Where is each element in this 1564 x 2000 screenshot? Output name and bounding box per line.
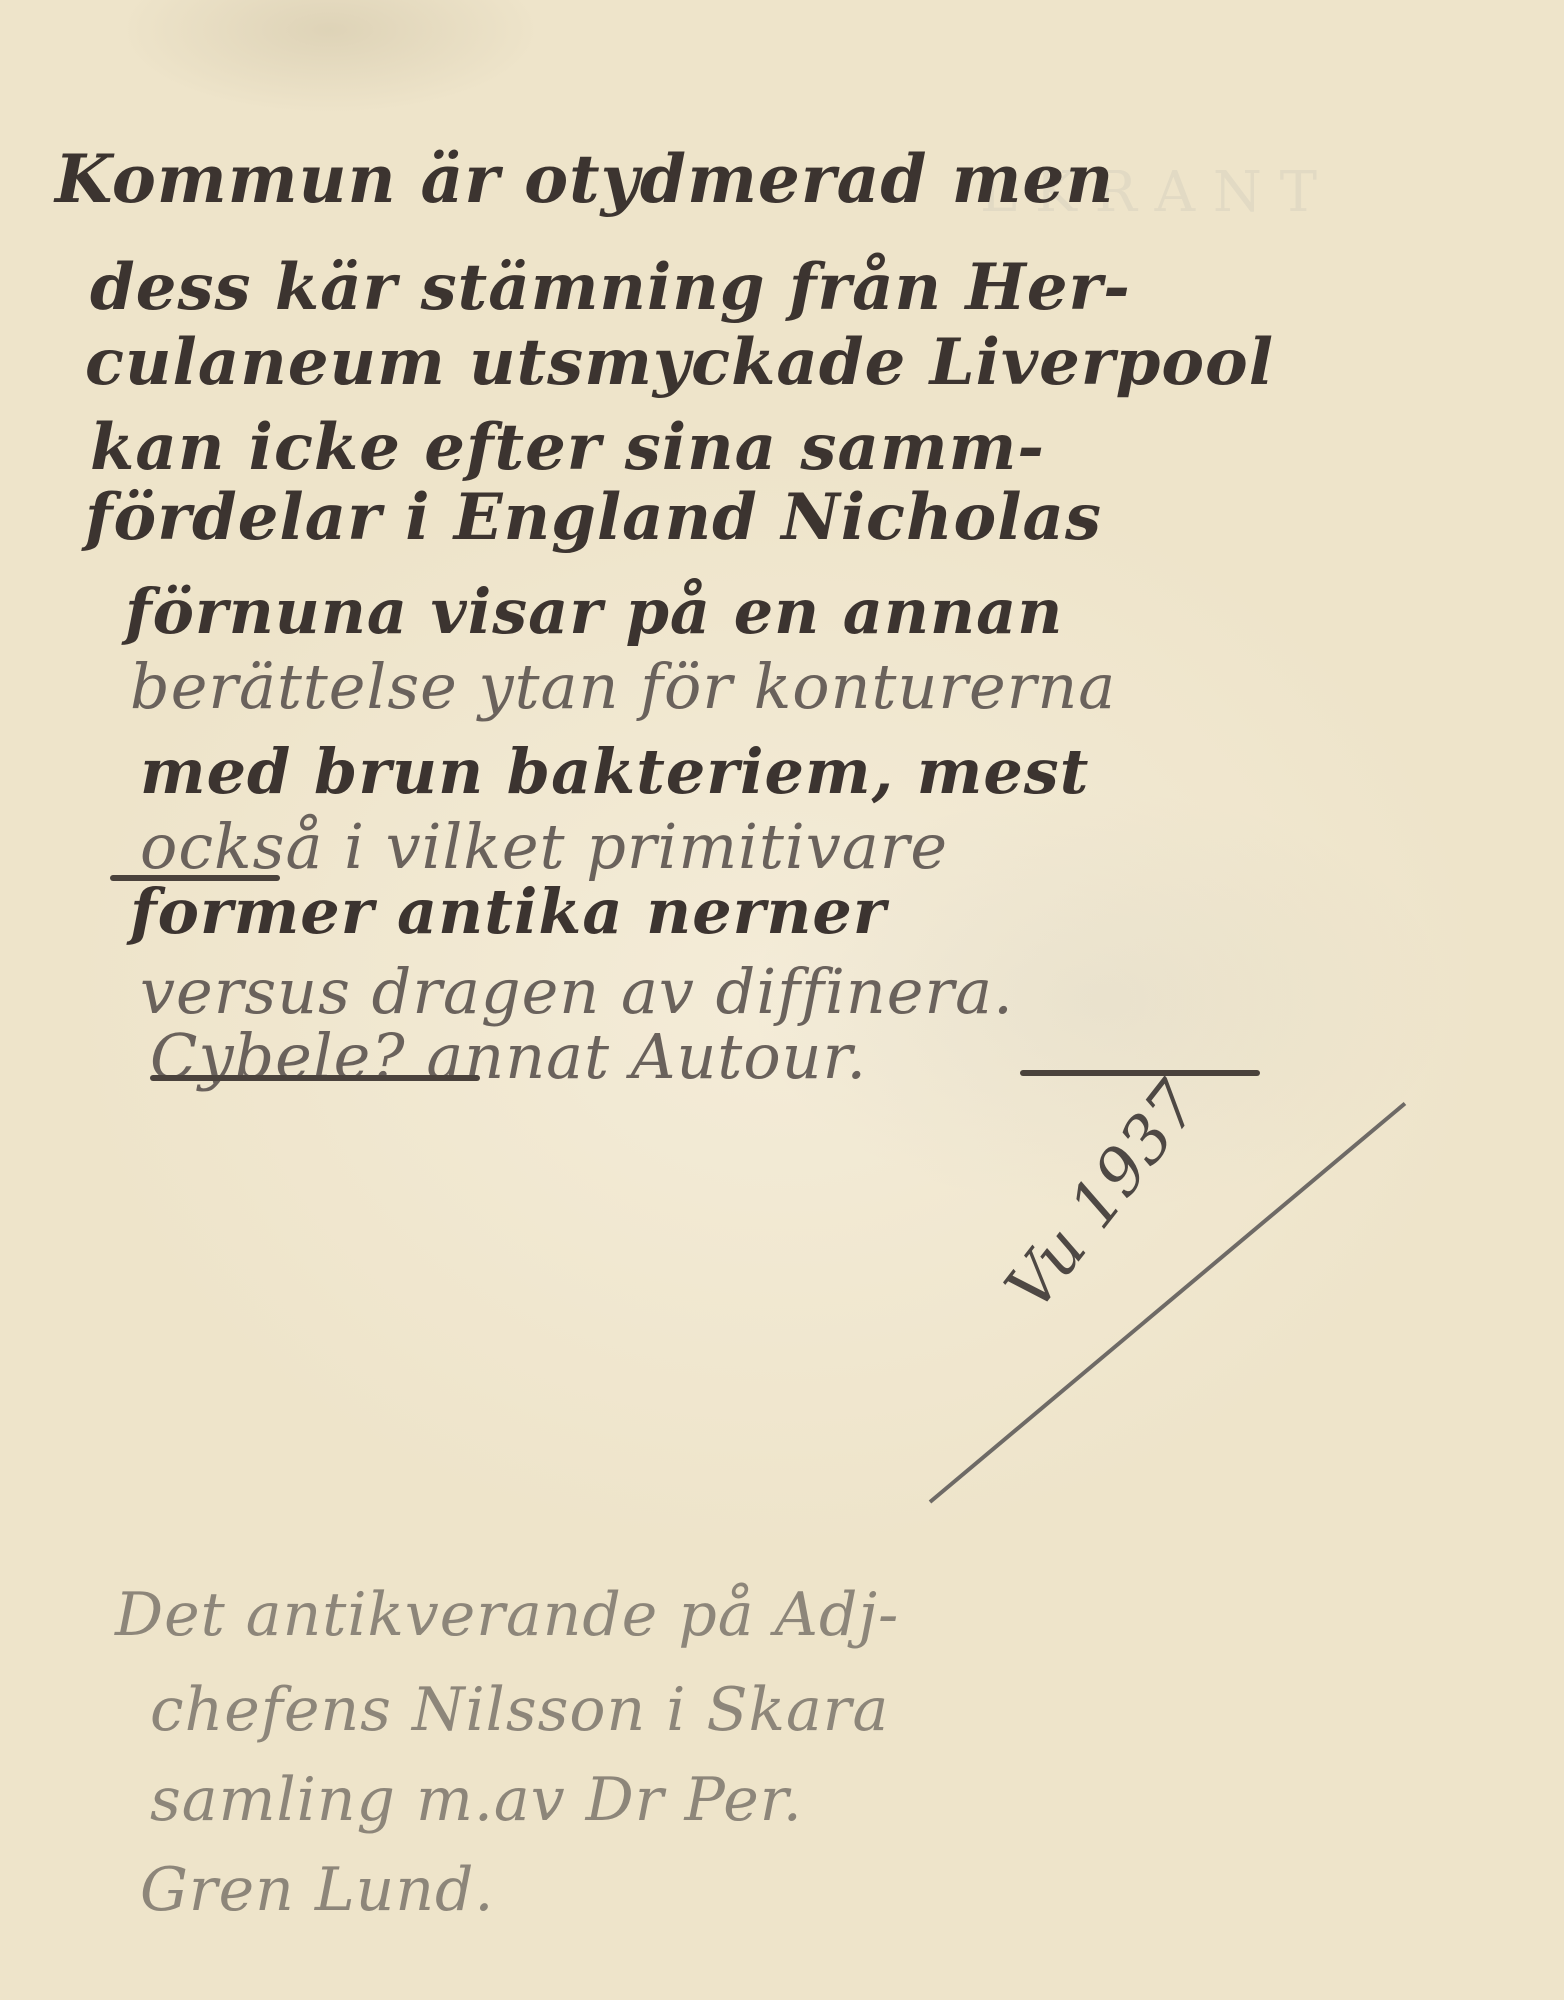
text-line-6: förnuna visar på en annan [125,575,1063,648]
text-line-9: också i vilket primitivare [140,810,948,883]
letter-page: L K R A N T Kommun är otydmerad men dess… [0,0,1564,2000]
text-line-8: med brun bakteriem, mest [140,735,1089,808]
text-line-7: berättelse ytan för konturerna [130,650,1116,723]
footer-line-2: chefens Nilsson i Skara [150,1675,889,1745]
text-line-10: former antika nerner [130,875,887,948]
text-line-12: Cybele? annat Autour. [150,1020,867,1093]
footer-line-3: samling m.av Dr Per. [150,1765,803,1835]
text-line-5: fördelar i England Nicholas [85,480,1102,555]
text-line-11: versus dragen av diffinera. [140,955,1014,1028]
underline-mark [110,875,280,881]
text-line-3: culaneum utsmyckade Liverpool [85,325,1274,400]
underline-mark [1020,1070,1260,1076]
footer-line-4: Gren Lund. [140,1855,494,1925]
underline-mark [150,1075,480,1081]
text-line-2: dess kär stämning från Her- [90,250,1131,325]
date-annotation: Vu 1937 [992,1068,1214,1324]
footer-line-1: Det antikverande på Adj- [115,1580,899,1650]
text-line-1: Kommun är otydmerad men [55,140,1114,218]
text-line-4: kan icke efter sina samm- [90,410,1045,485]
